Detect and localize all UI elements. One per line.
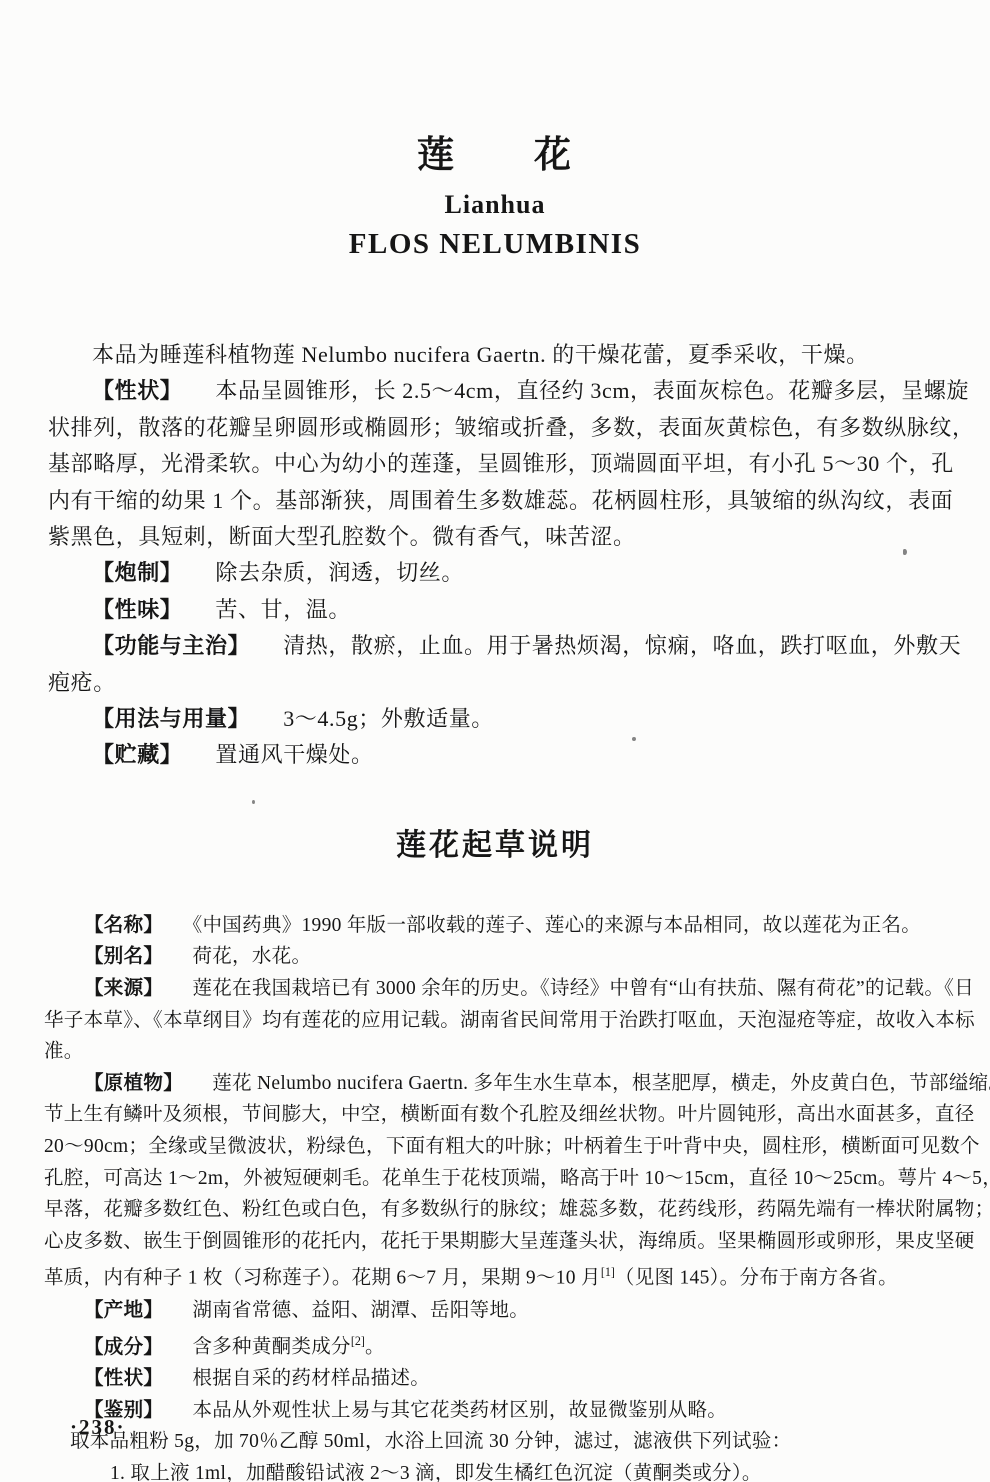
page-number: ·238· [70, 1415, 126, 1440]
text-line: 【性状】本品呈圆锥形，长 2.5～4cm，直径约 3cm，表面灰棕色。花瓣多层，… [48, 373, 950, 409]
line-text: 疱疮。 [48, 670, 116, 695]
text-line: 【名称】《中国药典》1990 年版一部收载的莲子、莲心的来源与本品相同，故以莲花… [44, 910, 954, 942]
text-line: 紫黑色，具短刺，断面大型孔腔数个。微有香气，味苦涩。 [48, 519, 950, 555]
text-line: 【别名】荷花，水花。 [44, 941, 954, 973]
text-line: 基部略厚，光滑柔软。中心为幼小的莲蓬，呈圆锥形，顶端圆面平坦，有小孔 5～30 … [48, 446, 950, 482]
line-text: 内有干缩的幼果 1 个。基部渐狭，周围着生多数雄蕊。花柄圆柱形，具皱缩的纵沟纹，… [48, 488, 953, 513]
line-text: 湖南省常德、益阳、湖潭、岳阳等地。 [192, 1300, 529, 1321]
text-line: 本品为睡莲科植物莲 Nelumbo nucifera Gaertn. 的干燥花蕾… [48, 337, 950, 373]
line-text: 除去杂质，润透，切丝。 [215, 560, 464, 585]
draft-notes-body: 【名称】《中国药典》1990 年版一部收载的莲子、莲心的来源与本品相同，故以莲花… [0, 910, 990, 1482]
page-title: 莲 花 [0, 0, 990, 178]
scanned-document-page: 莲 花 Lianhua FLOS NELUMBINIS 本品为睡莲科植物莲 Ne… [0, 0, 990, 1482]
line-text: 孔腔，可高达 1～2m，外被短硬刺毛。花单生于花枝顶端，略高于叶 10～15cm… [44, 1168, 990, 1189]
line-text: 基部略厚，光滑柔软。中心为幼小的莲蓬，呈圆锥形，顶端圆面平坦，有小孔 5～30 … [48, 451, 954, 476]
text-line: 【鉴别】本品从外观性状上易与其它花类药材区别，故显微鉴别从略。 [44, 1395, 954, 1427]
line-text: 1. 取上液 1ml，加醋酸铅试液 2～3 滴，即发生橘红色沉淀（黄酮类或分）。 [110, 1463, 762, 1482]
text-line: 早落，花瓣多数红色、粉红色或白色，有多数纵行的脉纹；雄蕊多数，花药线形，药隔先端… [44, 1194, 954, 1226]
text-line: 心皮多数、嵌生于倒圆锥形的花托内，花托于果期膨大呈莲蓬头状，海绵质。坚果椭圆形或… [44, 1226, 954, 1258]
text-line: 【原植物】莲花 Nelumbo nucifera Gaertn. 多年生水生草本… [44, 1068, 954, 1100]
line-text: 莲花 Nelumbo nucifera Gaertn. 多年生水生草本，根茎肥厚… [212, 1073, 990, 1094]
title-pinyin: Lianhua [0, 190, 990, 220]
section-label: 【来源】 [84, 978, 163, 999]
text-line: 20～90cm；全缘或呈微波状，粉绿色，下面有粗大的叶脉；叶柄着生于叶背中央，圆… [44, 1131, 954, 1163]
line-text: 清热，散瘀，止血。用于暑热烦渴，惊痫，咯血，跌打呕血，外敷天 [283, 633, 961, 658]
line-text: 取本品粗粉 5g，加 70％乙醇 50ml，水浴上回流 30 分钟，滤过，滤液供… [70, 1431, 791, 1452]
text-line: 准。 [44, 1036, 954, 1068]
line-text: 早落，花瓣多数红色、粉红色或白色，有多数纵行的脉纹；雄蕊多数，花药线形，药隔先端… [44, 1199, 990, 1220]
text-line: 【用法与用量】3～4.5g；外敷适量。 [48, 701, 950, 737]
section-heading: 莲花起草说明 [0, 820, 990, 864]
line-text: 。 [365, 1337, 385, 1358]
text-line: 【性状】根据自采的药材样品描述。 [44, 1363, 954, 1395]
text-line: 【功能与主治】清热，散瘀，止血。用于暑热烦渴，惊痫，咯血，跌打呕血，外敷天 [48, 628, 950, 664]
line-text: 《中国药典》1990 年版一部收载的莲子、莲心的来源与本品相同，故以莲花为正名。 [192, 915, 921, 936]
text-line: 【来源】莲花在我国栽培已有 3000 余年的历史。《诗经》中曾有“山有扶茄、隰有… [44, 973, 954, 1005]
line-text: 本品从外观性状上易与其它花类药材区别，故显微鉴别从略。 [192, 1400, 727, 1421]
text-line: 状排列，散落的花瓣呈卵圆形或椭圆形；皱缩或折叠，多数，表面灰黄棕色，有多数纵脉纹… [48, 410, 950, 446]
line-text: 华子本草》、《本草纲目》均有莲花的应用记载。湖南省民间常用于治跌打呕血，天泡湿疮… [44, 1010, 975, 1031]
line-text: （见图 145）。分布于南方各省。 [615, 1268, 898, 1289]
title-latin-name: FLOS NELUMBINIS [0, 228, 990, 261]
text-line: 内有干缩的幼果 1 个。基部渐狭，周围着生多数雄蕊。花柄圆柱形，具皱缩的纵沟纹，… [48, 483, 950, 519]
line-text: 本品为睡莲科植物莲 Nelumbo nucifera Gaertn. 的干燥花蕾… [92, 342, 869, 367]
text-line: 1. 取上液 1ml，加醋酸铅试液 2～3 滴，即发生橘红色沉淀（黄酮类或分）。 [44, 1458, 954, 1482]
section-label: 【名称】 [84, 915, 163, 936]
monograph-body: 本品为睡莲科植物莲 Nelumbo nucifera Gaertn. 的干燥花蕾… [0, 337, 990, 774]
text-line: 【性味】苦、甘，温。 [48, 592, 950, 628]
text-line: 【成分】含多种黄酮类成分[2]。 [44, 1326, 954, 1363]
line-text: 根据自采的药材样品描述。 [192, 1368, 430, 1389]
line-text: 节上生有鳞叶及须根，节间膨大，中空，横断面有数个孔腔及细丝状物。叶片圆钝形，高出… [44, 1104, 975, 1125]
section-label: 【性状】 [84, 1368, 163, 1389]
line-text: 荷花，水花。 [192, 946, 311, 967]
line-text: 本品呈圆锥形，长 2.5～4cm，直径约 3cm，表面灰棕色。花瓣多层，呈螺旋 [215, 378, 969, 403]
section-label: 【用法与用量】 [92, 706, 250, 731]
text-line: 【炮制】除去杂质，润透，切丝。 [48, 555, 950, 591]
text-line: 取本品粗粉 5g，加 70％乙醇 50ml，水浴上回流 30 分钟，滤过，滤液供… [44, 1426, 954, 1458]
text-line: 华子本草》、《本草纲目》均有莲花的应用记载。湖南省民间常用于治跌打呕血，天泡湿疮… [44, 1005, 954, 1037]
section-label: 【产地】 [84, 1300, 163, 1321]
text-line: 【贮藏】置通风干燥处。 [48, 737, 950, 773]
line-text: 紫黑色，具短刺，断面大型孔腔数个。微有香气，味苦涩。 [48, 524, 636, 549]
scan-artifact [632, 737, 636, 741]
line-text: 20～90cm；全缘或呈微波状，粉绿色，下面有粗大的叶脉；叶柄着生于叶背中央，圆… [44, 1136, 980, 1157]
text-line: 孔腔，可高达 1～2m，外被短硬刺毛。花单生于花枝顶端，略高于叶 10～15cm… [44, 1163, 954, 1195]
section-label: 【性状】 [92, 378, 182, 403]
section-label: 【性味】 [92, 597, 182, 622]
section-label: 【成分】 [84, 1337, 163, 1358]
text-line: 【产地】湖南省常德、益阳、湖潭、岳阳等地。 [44, 1295, 954, 1327]
reference-superscript: [1] [601, 1265, 615, 1279]
section-label: 【原植物】 [84, 1073, 183, 1094]
section-label: 【功能与主治】 [92, 633, 250, 658]
section-label: 【贮藏】 [92, 742, 182, 767]
line-text: 3～4.5g；外敷适量。 [283, 706, 494, 731]
scan-artifact [252, 800, 255, 804]
scan-artifact [903, 549, 907, 555]
line-text: 含多种黄酮类成分 [192, 1337, 350, 1358]
text-line: 节上生有鳞叶及须根，节间膨大，中空，横断面有数个孔腔及细丝状物。叶片圆钝形，高出… [44, 1099, 954, 1131]
line-text: 莲花在我国栽培已有 3000 余年的历史。《诗经》中曾有“山有扶茄、隰有荷花”的… [192, 978, 974, 999]
line-text: 置通风干燥处。 [215, 742, 373, 767]
line-text: 准。 [44, 1041, 84, 1062]
line-text: 革质，内有种子 1 枚（习称莲子）。花期 6～7 月，果期 9～10 月 [44, 1268, 601, 1289]
section-label: 【别名】 [84, 946, 163, 967]
text-line: 革质，内有种子 1 枚（习称莲子）。花期 6～7 月，果期 9～10 月[1]（… [44, 1257, 954, 1294]
line-text: 苦、甘，温。 [215, 597, 351, 622]
reference-superscript: [2] [351, 1334, 365, 1348]
section-label: 【炮制】 [92, 560, 182, 585]
line-text: 状排列，散落的花瓣呈卵圆形或椭圆形；皱缩或折叠，多数，表面灰黄棕色，有多数纵脉纹… [48, 415, 975, 440]
line-text: 心皮多数、嵌生于倒圆锥形的花托内，花托于果期膨大呈莲蓬头状，海绵质。坚果椭圆形或… [44, 1231, 975, 1252]
text-line: 疱疮。 [48, 665, 950, 701]
